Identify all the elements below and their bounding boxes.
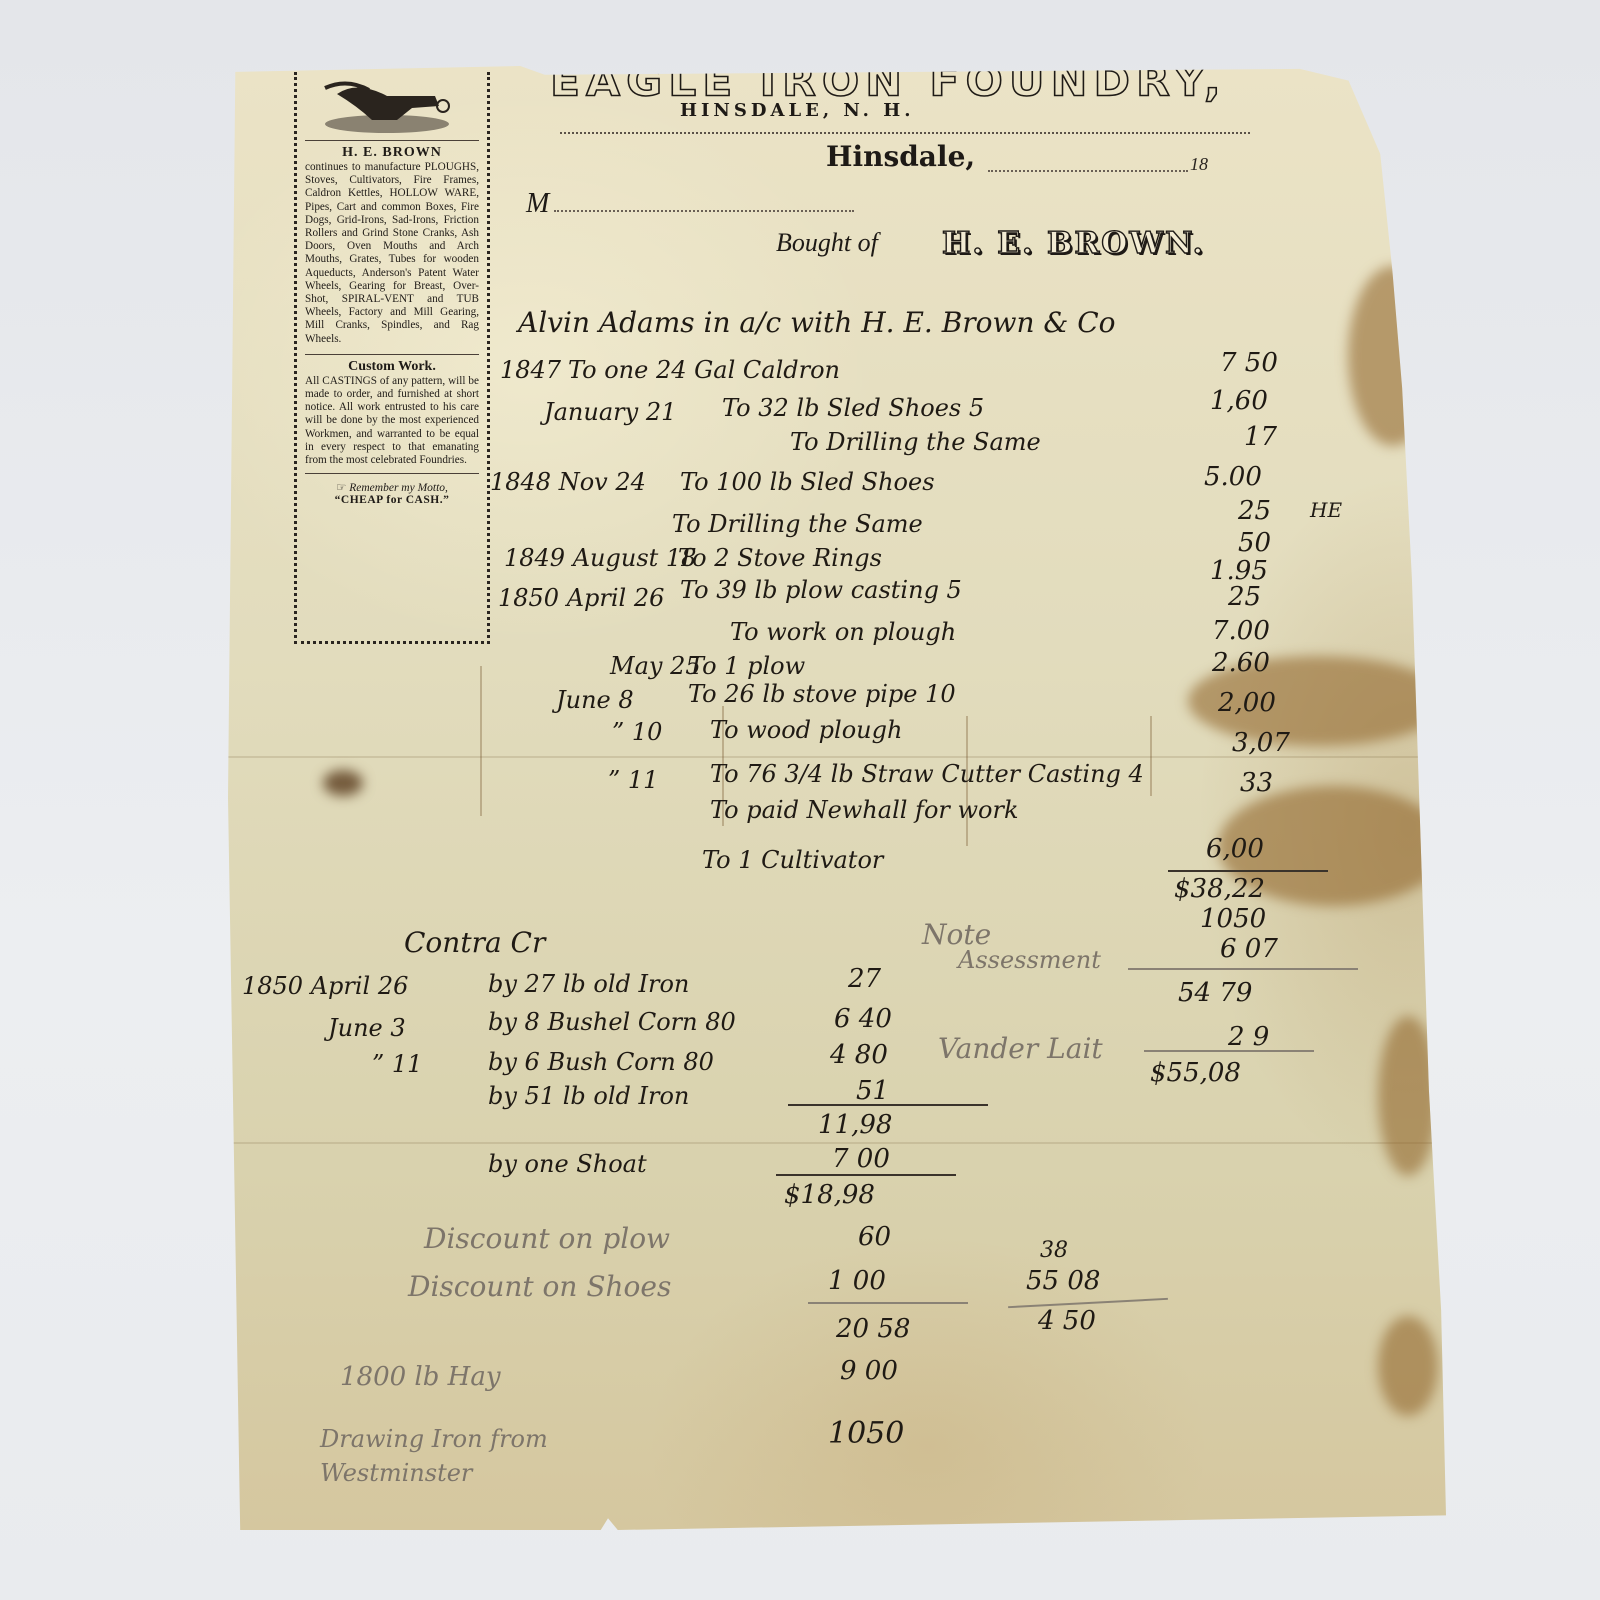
entry-note: HE: [1310, 498, 1342, 522]
sum-rule: [808, 1302, 968, 1304]
sum-rule: [1144, 1050, 1314, 1052]
advertisement-column: H. E. BROWN continues to manufacture PLO…: [294, 72, 490, 644]
entry-desc: To 32 lb Sled Shoes 5: [722, 394, 984, 422]
ad-motto-quote: “CHEAP for CASH.”: [305, 494, 479, 506]
place-label: Hinsdale,: [826, 140, 975, 173]
pencil-amount: 6 07: [1220, 934, 1278, 964]
entry-amount: 17: [1244, 422, 1277, 452]
account-heading: Alvin Adams in a/c with H. E. Brown & Co: [518, 306, 1116, 339]
entry-desc: by one Shoat: [488, 1150, 647, 1178]
water-stain: [1348, 266, 1438, 446]
entry-date: 1849 August 18: [504, 544, 696, 572]
ad-custom-work-heading: Custom Work.: [305, 354, 479, 375]
pencil-amount: 9 00: [840, 1356, 898, 1386]
entry-amount: 51: [856, 1076, 889, 1106]
pencil-total: $55,08: [1150, 1058, 1241, 1088]
entry-amount: 25: [1238, 496, 1271, 526]
pencil-label: Discount on plow: [424, 1222, 670, 1255]
entry-desc: To paid Newhall for work: [710, 796, 1019, 824]
ad-motto-text: Remember my Motto,: [349, 482, 448, 494]
divider: [560, 126, 1250, 134]
entry-desc: To work on plough: [730, 618, 956, 646]
entry-amount: 11,98: [818, 1110, 892, 1140]
entry-desc: by 6 Bush Corn 80: [488, 1048, 714, 1076]
seller-name: H. E. BROWN.: [942, 226, 1205, 261]
pencil-amount: 4 50: [1038, 1306, 1096, 1336]
pencil-amount: 60: [858, 1222, 891, 1252]
entry-desc: by 8 Bushel Corn 80: [488, 1008, 736, 1036]
entry-desc: by 51 lb old Iron: [488, 1082, 689, 1110]
entry-desc: by 27 lb old Iron: [488, 970, 689, 998]
date-field: [988, 170, 1188, 172]
entry-date: 1850 April 26: [498, 584, 664, 612]
ink-blot: [323, 770, 363, 796]
entry-desc: To one 24 Gal Caldron: [568, 356, 840, 384]
ad-custom-work-text: All CASTINGS of any pattern, will be mad…: [305, 375, 479, 467]
entry-date: ” 10: [612, 718, 662, 746]
entry-desc: To Drilling the Same: [790, 428, 1041, 456]
entry-desc: To Drilling the Same: [672, 510, 923, 538]
entry-date: 1848 Nov 24: [490, 468, 646, 496]
credit-heading: Contra Cr: [404, 926, 545, 959]
year-prefix: 18: [1190, 154, 1208, 175]
sum-rule: [1128, 968, 1358, 970]
salutation: M: [526, 188, 549, 220]
company-title: EAGLE IRON FOUNDRY,: [550, 57, 1227, 105]
water-stain: [1378, 1316, 1438, 1416]
entry-amount: 1,60: [1210, 386, 1268, 416]
pencil-label: Vander Lait: [938, 1032, 1103, 1065]
pencil-amount: 54 79: [1178, 978, 1252, 1008]
ad-motto: ☞ Remember my Motto,: [305, 473, 479, 494]
entry-date: January 21: [544, 398, 676, 426]
invoice-paper: H. E. BROWN continues to manufacture PLO…: [228, 66, 1446, 1530]
tear-line: [480, 666, 482, 816]
entry-date: 1850 April 26: [242, 972, 408, 1000]
entry-amount: 3,07: [1232, 728, 1290, 758]
entry-desc: To 1 plow: [688, 652, 805, 680]
entry-desc: To 26 lb stove pipe 10: [688, 680, 956, 708]
pencil-amount: 1050: [828, 1416, 904, 1451]
entry-desc: To wood plough: [710, 716, 902, 744]
sum-rule: [776, 1174, 956, 1176]
entry-amount: 5.00: [1204, 462, 1262, 492]
entry-amount: 27: [848, 964, 881, 994]
debit-total: $38,22: [1174, 874, 1265, 904]
entry-amount: 2,00: [1218, 688, 1276, 718]
sum-rule: [1168, 870, 1328, 872]
entry-amount: 7 50: [1220, 348, 1278, 378]
pencil-amount: 1 00: [828, 1266, 886, 1296]
pointing-hand-icon: ☞: [336, 482, 346, 494]
pencil-amount: 55 08: [1026, 1266, 1100, 1296]
entry-amount: 33: [1240, 768, 1273, 798]
entry-amount: 4 80: [830, 1040, 888, 1070]
entry-amount: 25: [1228, 582, 1261, 612]
pencil-amount: 38: [1040, 1238, 1068, 1263]
plough-icon: [317, 76, 467, 136]
entry-amount: 50: [1238, 528, 1271, 558]
credit-total: $18,98: [784, 1180, 875, 1210]
pencil-label: Assessment: [958, 946, 1101, 974]
entry-desc: To 76 3/4 lb Straw Cutter Casting 4: [710, 760, 1144, 788]
entry-desc: To 100 lb Sled Shoes: [680, 468, 935, 496]
entry-desc: To 1 Cultivator: [702, 846, 883, 874]
ad-name: H. E. BROWN: [305, 140, 479, 161]
entry-date: 1847: [500, 356, 561, 384]
entry-amount: 2.60: [1212, 648, 1270, 678]
pencil-label: Discount on Shoes: [408, 1270, 671, 1303]
bought-of-label: Bought of: [776, 228, 878, 258]
pencil-label: Drawing Iron from Westminster: [320, 1422, 680, 1490]
entry-date: June 8: [556, 686, 634, 714]
entry-amount: 7 00: [832, 1144, 890, 1174]
sum-rule: [788, 1104, 988, 1106]
entry-amount: 7.00: [1212, 616, 1270, 646]
entry-date: ” 11: [372, 1050, 422, 1078]
entry-date: June 3: [328, 1014, 406, 1042]
pencil-amount: 20 58: [836, 1314, 910, 1344]
tear-line: [1150, 716, 1152, 796]
ad-product-list: continues to manufacture PLOUGHS, Stoves…: [305, 161, 479, 346]
pencil-amount: 1050: [1200, 904, 1266, 934]
customer-field: [554, 210, 854, 212]
entry-amount: 6,00: [1206, 834, 1264, 864]
pencil-label: 1800 lb Hay: [340, 1362, 501, 1392]
entry-desc: To 2 Stove Rings: [678, 544, 882, 572]
entry-amount: 6 40: [834, 1004, 892, 1034]
pencil-amount: 2 9: [1228, 1022, 1269, 1052]
entry-desc: To 39 lb plow casting 5: [680, 576, 962, 604]
entry-date: ” 11: [608, 766, 658, 794]
water-stain: [1378, 1016, 1438, 1176]
company-location: HINSDALE, N. H.: [680, 100, 914, 121]
